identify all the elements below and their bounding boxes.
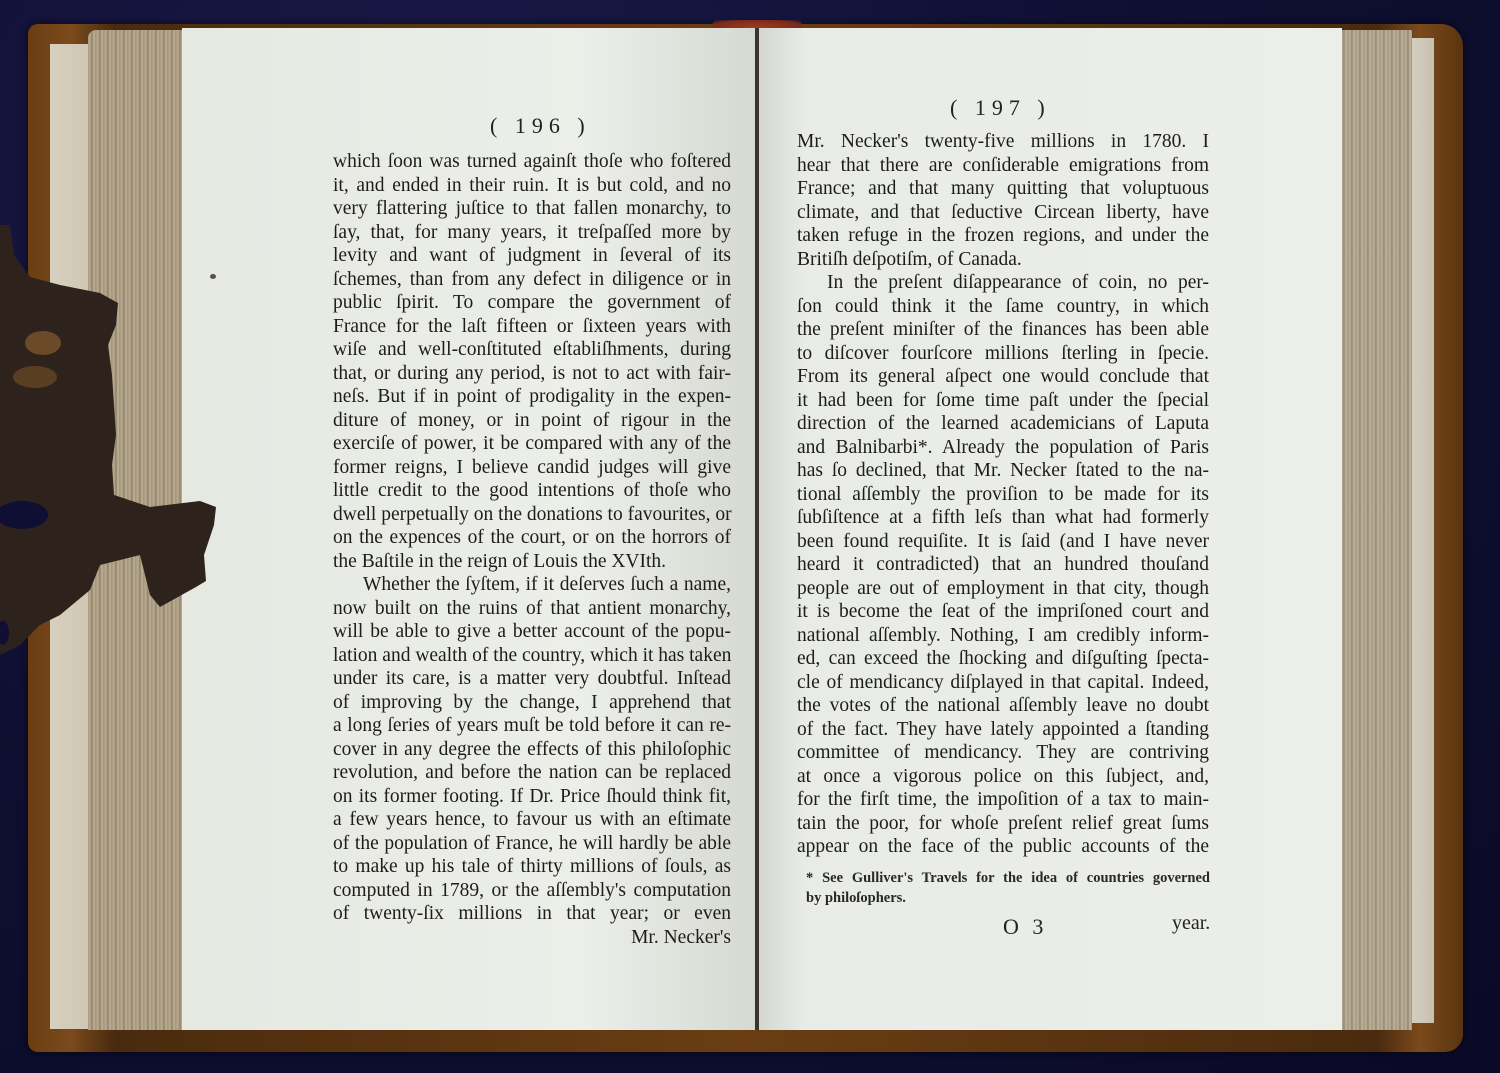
text-line: of the fact. They have lately appointed …	[797, 718, 1209, 742]
text-line: of the population of France, he will har…	[333, 832, 731, 856]
text-line: of twenty-ſix millions in that year; or …	[333, 902, 731, 926]
text-line: revolution, and before the nation can be…	[333, 761, 731, 785]
footnote-line: by philoſophers.	[806, 888, 1210, 908]
page-number-right: ( 197 )	[950, 95, 1051, 121]
text-line: computed in 1789, or the aſſembly's comp…	[333, 879, 731, 903]
text-line: it is become the ſeat of the impriſoned …	[797, 600, 1209, 624]
text-line: to diſcover fourſcore millions ſterling …	[797, 342, 1209, 366]
text-line: ſay, that, for many years, it treſpaſſed…	[333, 221, 731, 245]
text-line: the Baſtile in the reign of Louis the XV…	[333, 550, 731, 574]
catchword-left: Mr. Necker's	[333, 926, 731, 950]
text-line: little credit to the good intentions of …	[333, 479, 731, 503]
text-line: very flattering juſtice to that fallen m…	[333, 197, 731, 221]
text-line: wiſe and well-conſtituted eſtabliſhments…	[333, 338, 731, 362]
text-line: ſon could think it the ſame country, in …	[797, 295, 1209, 319]
text-line: former reigns, I believe candid judges w…	[333, 456, 731, 480]
text-line: it had been for ſome time paſt under the…	[797, 389, 1209, 413]
signature-mark: O 3	[1003, 914, 1047, 940]
catchword-right: year.	[1172, 912, 1210, 935]
gutter	[755, 28, 759, 1030]
text-line: on the expences of the court, or on the …	[333, 526, 731, 550]
text-line: dwell perpetually on the donations to fa…	[333, 503, 731, 527]
text-line: levity and want of judgment in ſeveral o…	[333, 244, 731, 268]
text-line: will be able to give a better account of…	[333, 620, 731, 644]
text-line: heard it contradicted) that an hundred t…	[797, 553, 1209, 577]
text-line: appear on the face of the public account…	[797, 835, 1209, 859]
text-line: for the firſt time, the impoſition of a …	[797, 788, 1209, 812]
text-line: climate, and that ſeductive Circean libe…	[797, 201, 1209, 225]
text-line: ed, can exceed the ſhocking and diſguſti…	[797, 647, 1209, 671]
text-line: cover in any degree the effects of this …	[333, 738, 731, 762]
text-line: tain the poor, for whoſe preſent relief …	[797, 812, 1209, 836]
text-line: a few years hence, to favour us with an …	[333, 808, 731, 832]
left-page-text: which ſoon was turned againſt thoſe who …	[333, 150, 731, 949]
text-line: ſubſiſtence at a fifth leſs than what ha…	[797, 506, 1209, 530]
text-line: at once a vigorous police on this ſubjec…	[797, 765, 1209, 789]
text-line: France; and that many quitting that volu…	[797, 177, 1209, 201]
text-line: of improving by the change, I apprehend …	[333, 691, 731, 715]
text-line: which ſoon was turned againſt thoſe who …	[333, 150, 731, 174]
text-line: on its former footing. If Dr. Price ſhou…	[333, 785, 731, 809]
metal-page-holder-icon	[0, 225, 222, 655]
text-line: tional aſſembly the proviſion to be made…	[797, 483, 1209, 507]
text-line: the votes of the national aſſembly leave…	[797, 694, 1209, 718]
text-line: public ſpirit. To compare the government…	[333, 291, 731, 315]
text-line: to make up his tale of thirty millions o…	[333, 855, 731, 879]
text-line: people are out of employment in that cit…	[797, 577, 1209, 601]
text-line: that, or during any period, is not to ac…	[333, 362, 731, 386]
text-line: cle of mendicancy diſplayed in that capi…	[797, 671, 1209, 695]
text-line: hear that there are conſiderable emigrat…	[797, 154, 1209, 178]
footnote: * See Gulliver's Travels for the idea of…	[806, 868, 1210, 908]
text-line: direction of the learned academicians of…	[797, 412, 1209, 436]
text-line: the preſent miniſter of the finances has…	[797, 318, 1209, 342]
text-line: has ſo declined, that Mr. Necker ſtated …	[797, 459, 1209, 483]
text-line: diture of money, or in point of rigour i…	[333, 409, 731, 433]
right-endpaper	[1410, 38, 1434, 1023]
text-line: it, and ended in their ruin. It is but c…	[333, 174, 731, 198]
text-line: ſchemes, than from any defect in diligen…	[333, 268, 731, 292]
footnote-line: * See Gulliver's Travels for the idea of…	[806, 868, 1210, 888]
page-number-left: ( 196 )	[490, 113, 591, 139]
text-line: national aſſembly. Nothing, I am credibl…	[797, 624, 1209, 648]
text-line: France for the laſt fifteen or ſixteen y…	[333, 315, 731, 339]
text-line: been found requiſite. It is ſaid (and I …	[797, 530, 1209, 554]
text-line: and Balnibarbi*. Already the population …	[797, 436, 1209, 460]
text-line: exerciſe of power, it be compared with a…	[333, 432, 731, 456]
text-line: neſs. But if in point of prodigality in …	[333, 385, 731, 409]
right-page-edges	[1340, 30, 1412, 1030]
right-page-text: Mr. Necker's twenty-five millions in 178…	[797, 130, 1209, 859]
paragraph-start: Whether the ſyſtem, if it deſerves ſuch …	[333, 573, 731, 597]
text-line: lation and wealth of the country, which …	[333, 644, 731, 668]
text-line: Britiſh deſpotiſm, of Canada.	[797, 248, 1209, 272]
paragraph-start: In the preſent diſappearance of coin, no…	[797, 271, 1209, 295]
text-line: now built on the ruins of that antient m…	[333, 597, 731, 621]
text-line: taken refuge in the frozen regions, and …	[797, 224, 1209, 248]
text-line: Mr. Necker's twenty-five millions in 178…	[797, 130, 1209, 154]
text-line: a long ſeries of years muſt be told befo…	[333, 714, 731, 738]
text-line: From its general aſpect one would conclu…	[797, 365, 1209, 389]
text-line: committee of mendicancy. They are contri…	[797, 741, 1209, 765]
text-line: under its care, is a matter very doubtfu…	[333, 667, 731, 691]
